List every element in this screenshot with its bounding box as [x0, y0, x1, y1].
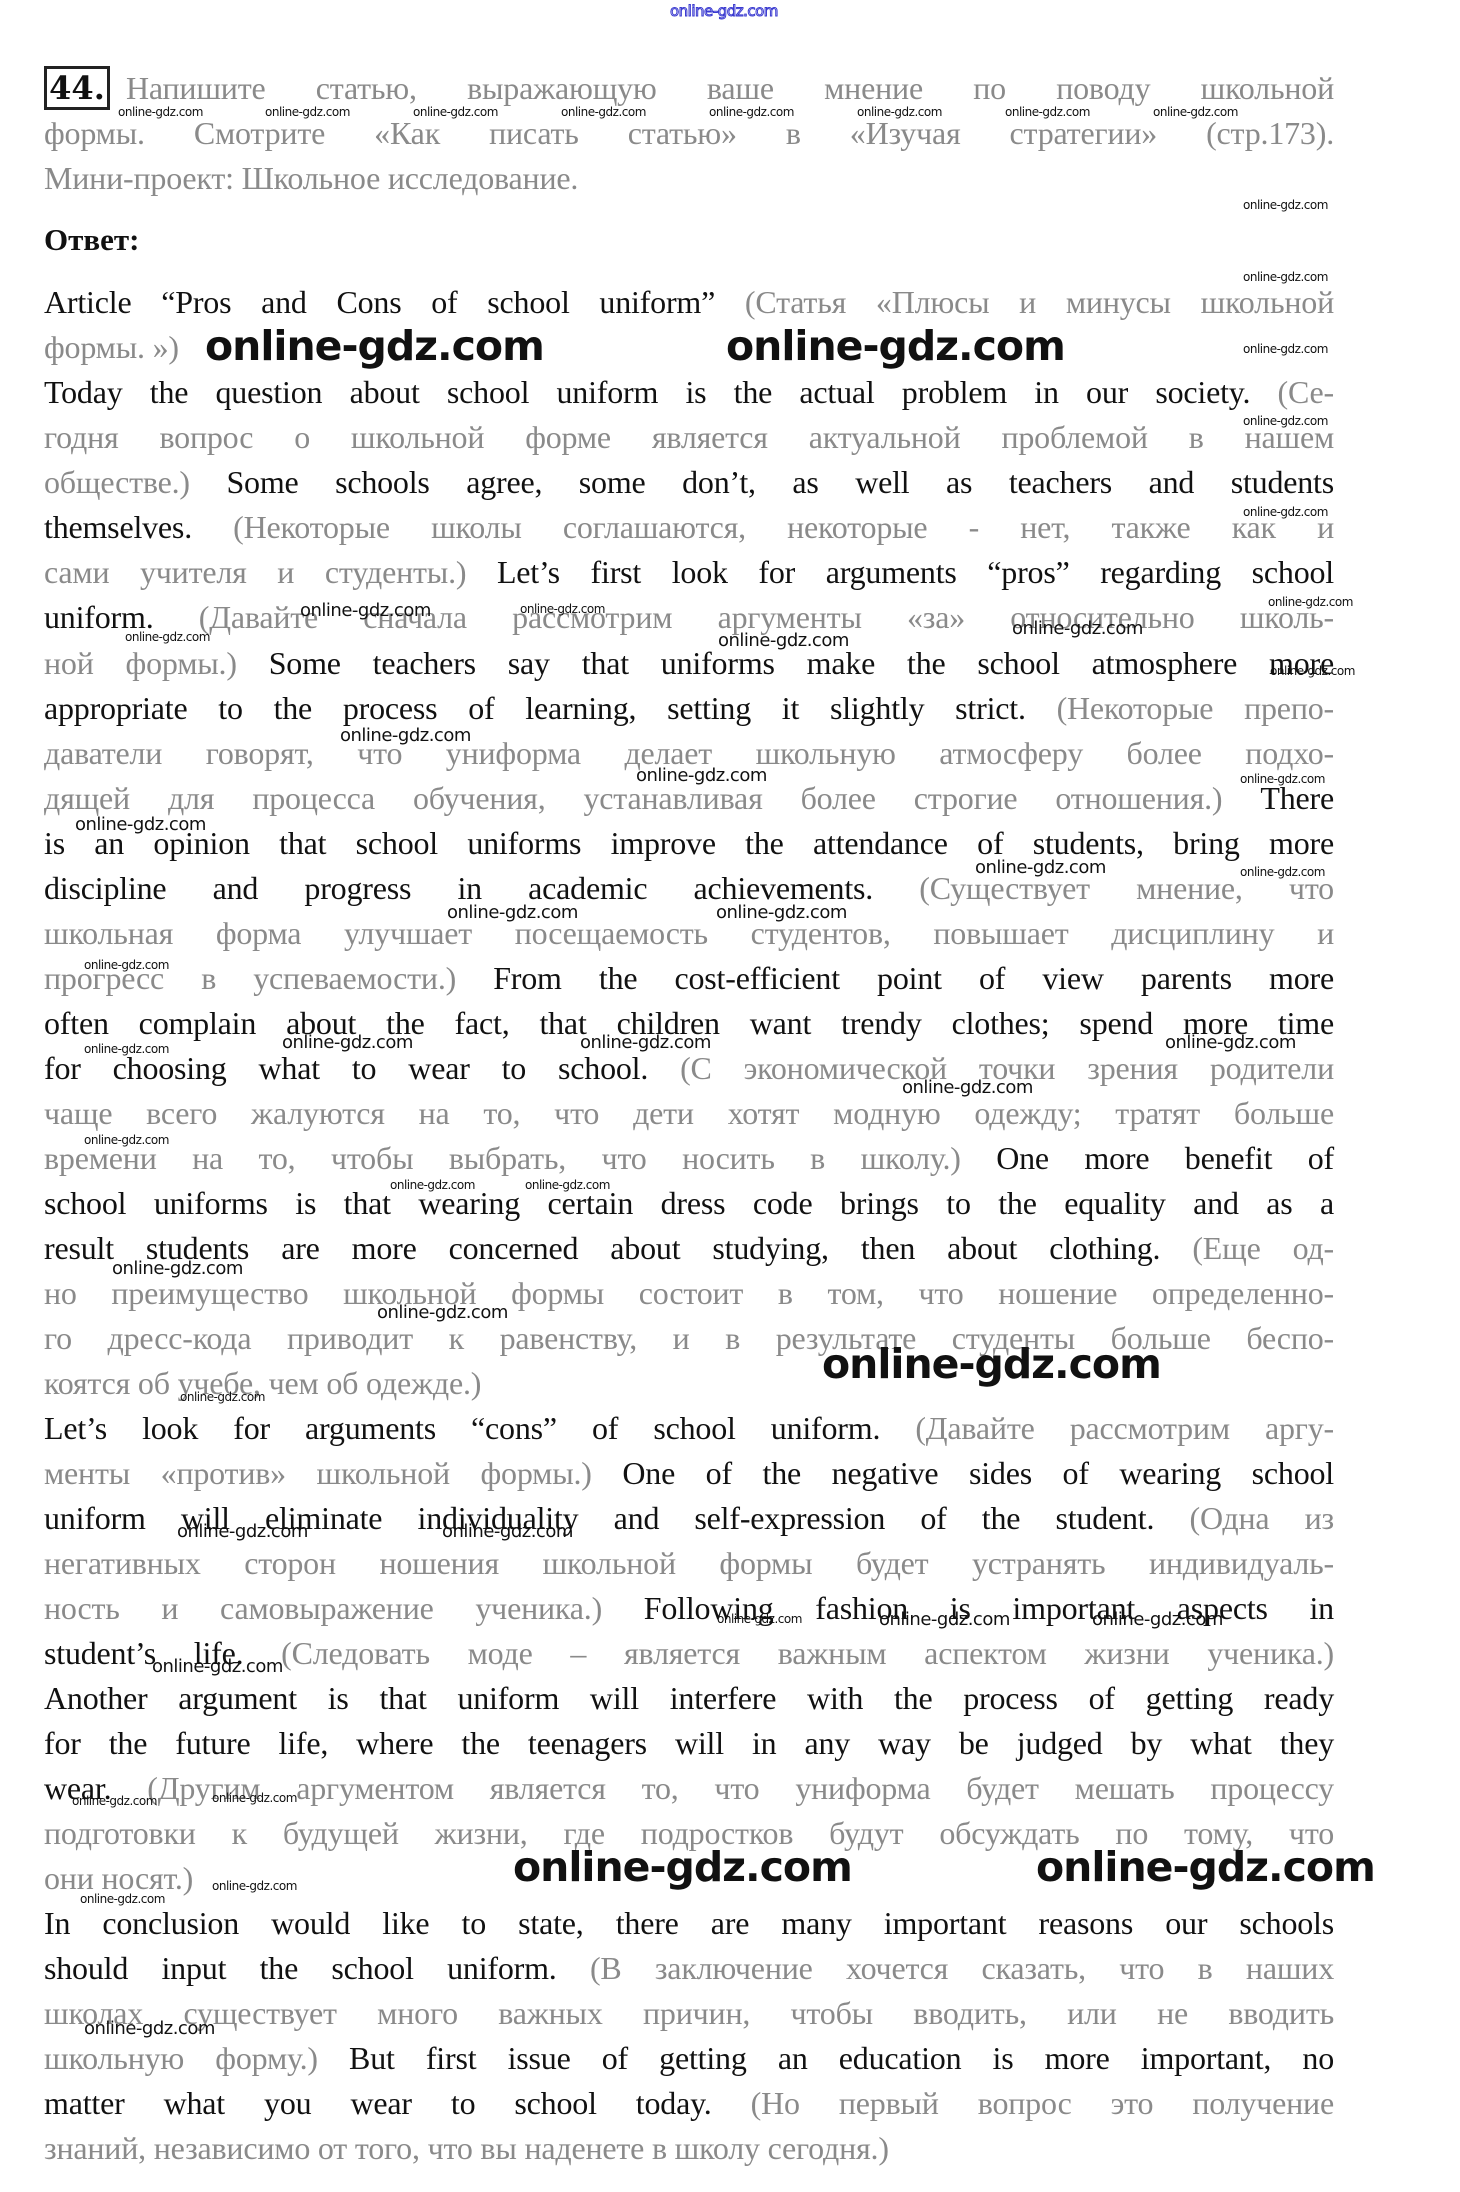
- watermark-text: online-gdz.com: [1243, 198, 1328, 212]
- watermark-text: online-gdz.com: [212, 1791, 297, 1805]
- watermark-text: online-gdz.com: [513, 1843, 852, 1891]
- russian-translation: годня вопрос о школьной форме является а…: [44, 419, 1334, 455]
- russian-translation: (В заключение хочется сказать, что в наш…: [590, 1950, 1334, 1986]
- english-text: themselves.: [44, 509, 233, 545]
- watermark-text: online-gdz.com: [716, 902, 847, 923]
- english-text: discipline and progress in academic achi…: [44, 870, 919, 906]
- text-line: менты «против» школьной формы.) One of t…: [44, 1451, 1334, 1495]
- watermark-text: online-gdz.com: [1005, 105, 1090, 119]
- text-line: обществе.) Some schools agree, some don’…: [44, 460, 1334, 504]
- watermark-text: online-gdz.com: [152, 1656, 283, 1677]
- watermark-text: online-gdz.com: [377, 1302, 508, 1323]
- english-text: for the future life, where the teenagers…: [44, 1725, 1334, 1761]
- watermark-text: online-gdz.com: [413, 105, 498, 119]
- english-text: One more benefit of: [996, 1140, 1334, 1176]
- russian-translation: (Некоторые препо-: [1057, 690, 1334, 726]
- english-text: From the cost-efficient point of view pa…: [493, 960, 1334, 996]
- watermark-text: online-gdz.com: [1243, 270, 1328, 284]
- russian-translation: они носят.): [44, 1860, 193, 1896]
- text-line: discipline and progress in academic achi…: [44, 866, 1334, 910]
- text-line: appropriate to the process of learning, …: [44, 686, 1334, 730]
- russian-translation: чаще всего жалуются на то, что дети хотя…: [44, 1095, 1334, 1131]
- text-line: In conclusion would like to state, there…: [44, 1901, 1334, 1945]
- watermark-text: online-gdz.com: [118, 105, 203, 119]
- text-line: Another argument is that uniform will in…: [44, 1676, 1334, 1720]
- english-text: school uniforms is that wearing certain …: [44, 1185, 1334, 1221]
- watermark-text: online-gdz.com: [709, 105, 794, 119]
- english-text: should input the school uniform.: [44, 1950, 590, 1986]
- text-line: школьная форма улучшает посещаемость сту…: [44, 911, 1334, 955]
- russian-translation: (Но первый вопрос это получение: [751, 2085, 1334, 2121]
- watermark-text: online-gdz.com: [1092, 1609, 1223, 1630]
- watermark-text: online-gdz.com: [84, 1133, 169, 1147]
- watermark-text: online-gdz.com: [879, 1609, 1010, 1630]
- text-line: Напишите статью, выражающую ваше мнение …: [126, 66, 1334, 110]
- watermark-text: online-gdz.com: [112, 1258, 243, 1279]
- english-text: Today the question about school uniform …: [44, 374, 1278, 410]
- watermark-text: online-gdz.com: [84, 1042, 169, 1056]
- text-line: чаще всего жалуются на то, что дети хотя…: [44, 1091, 1334, 1135]
- russian-translation: Напишите статью, выражающую ваше мнение …: [126, 70, 1334, 106]
- text-line: matter what you wear to school today. (Н…: [44, 2081, 1334, 2125]
- task-number-box: 44.: [44, 66, 110, 110]
- watermark-text: online-gdz.com: [125, 630, 210, 644]
- text-line: Let’s look for arguments “cons” of schoo…: [44, 1406, 1334, 1450]
- russian-translation: (Другим аргументом является то, что униф…: [147, 1770, 1334, 1806]
- text-line: Мини-проект: Школьное исследование.: [44, 156, 1334, 200]
- answer-heading: Ответ:: [44, 222, 139, 258]
- watermark-text: online-gdz.com: [1243, 414, 1328, 428]
- text-line: школах существует много важных причин, ч…: [44, 1991, 1334, 2035]
- text-line: ной формы.) Some teachers say that unifo…: [44, 641, 1334, 685]
- watermark-text: online-gdz.com: [282, 1032, 413, 1053]
- watermark-text: online-gdz.com: [75, 814, 206, 835]
- english-text: Let’s look for arguments “cons” of schoo…: [44, 1410, 915, 1446]
- watermark-text: online-gdz.com: [975, 857, 1106, 878]
- russian-translation: (Давайте рассмотрим аргу-: [915, 1410, 1334, 1446]
- watermark-text: online-gdz.com: [340, 725, 471, 746]
- watermark-text: online-gdz.com: [1153, 105, 1238, 119]
- text-line: школьную форму.) But first issue of gett…: [44, 2036, 1334, 2080]
- watermark-text: online-gdz.com: [205, 322, 544, 370]
- russian-translation: (Статья «Плюсы и минусы школьной: [745, 284, 1334, 320]
- text-line: годня вопрос о школьной форме является а…: [44, 415, 1334, 459]
- document-page: online-gdz.com 44. Напишите статью, выра…: [0, 0, 1460, 2192]
- russian-translation: (Некоторые школы соглашаются, некоторые …: [233, 509, 1334, 545]
- english-text: One of the negative sides of wearing sch…: [622, 1455, 1334, 1491]
- watermark-text: online-gdz.com: [561, 105, 646, 119]
- text-line: school uniforms is that wearing certain …: [44, 1181, 1334, 1225]
- watermark-text: online-gdz.com: [300, 600, 431, 621]
- watermark-text: online-gdz.com: [520, 602, 605, 616]
- text-line: themselves. (Некоторые школы соглашаются…: [44, 505, 1334, 549]
- english-text: But first issue of getting an education …: [349, 2040, 1334, 2076]
- watermark-text: online-gdz.com: [72, 1794, 157, 1808]
- text-line: Today the question about school uniform …: [44, 370, 1334, 414]
- text-line: формы. Смотрите «Как писать статью» в «И…: [44, 111, 1334, 155]
- russian-translation: знаний, независимо от того, что вы наден…: [44, 2130, 889, 2166]
- russian-translation: школах существует много важных причин, ч…: [44, 1995, 1334, 2031]
- english-text: Some schools agree, some don’t, as well …: [226, 464, 1334, 500]
- watermark-text: online-gdz.com: [84, 2018, 215, 2039]
- text-line: негативных сторон ношения школьной формы…: [44, 1541, 1334, 1585]
- watermark-text: online-gdz.com: [1240, 772, 1325, 786]
- russian-translation: менты «против» школьной формы.): [44, 1455, 622, 1491]
- russian-translation: ной формы.): [44, 645, 269, 681]
- text-line: should input the school uniform. (В закл…: [44, 1946, 1334, 1990]
- watermark-text: online-gdz.com: [442, 1521, 573, 1542]
- watermark-text: online-gdz.com: [1243, 505, 1328, 519]
- russian-translation: времени на то, чтобы выбрать, что носить…: [44, 1140, 996, 1176]
- text-line: времени на то, чтобы выбрать, что носить…: [44, 1136, 1334, 1180]
- watermark-text: online-gdz.com: [212, 1879, 297, 1893]
- watermark-text: online-gdz.com: [1240, 865, 1325, 879]
- watermark-text: online-gdz.com: [525, 1178, 610, 1192]
- text-line: прогресс в успеваемости.) From the cost-…: [44, 956, 1334, 1000]
- watermark-text: online-gdz.com: [390, 1178, 475, 1192]
- russian-translation: но преимущество школьной формы состоит в…: [44, 1275, 1334, 1311]
- text-line: знаний, независимо от того, что вы наден…: [44, 2126, 1334, 2170]
- watermark-text: online-gdz.com: [265, 105, 350, 119]
- watermark-text: online-gdz.com: [902, 1077, 1033, 1098]
- watermark-text: online-gdz.com: [1270, 664, 1355, 678]
- watermark-text: online-gdz.com: [636, 765, 767, 786]
- russian-translation: обществе.): [44, 464, 226, 500]
- russian-translation: сами учителя и студенты.): [44, 554, 497, 590]
- text-line: сами учителя и студенты.) Let’s first lo…: [44, 550, 1334, 594]
- watermark-text: online-gdz.com: [580, 1032, 711, 1053]
- watermark-text: online-gdz.com: [80, 1892, 165, 1906]
- english-text: appropriate to the process of learning, …: [44, 690, 1057, 726]
- watermark-text: online-gdz.com: [177, 1521, 308, 1542]
- russian-translation: (Еще од-: [1192, 1230, 1334, 1266]
- russian-translation: Мини-проект: Школьное исследование.: [44, 160, 578, 196]
- watermark-text: online-gdz.com: [726, 322, 1065, 370]
- russian-translation: (Следовать моде – является важным аспект…: [281, 1635, 1334, 1671]
- russian-translation: формы. »): [44, 329, 179, 365]
- watermark-text: online-gdz.com: [84, 958, 169, 972]
- russian-translation: ность и самовыражение ученика.): [44, 1590, 644, 1626]
- russian-translation: негативных сторон ношения школьной формы…: [44, 1545, 1334, 1581]
- english-text: Let’s first look for arguments “pros” re…: [497, 554, 1334, 590]
- watermark-text: online-gdz.com: [1036, 1843, 1375, 1891]
- watermark-text: online-gdz.com: [180, 1390, 265, 1404]
- russian-translation: школьная форма улучшает посещаемость сту…: [44, 915, 1334, 951]
- watermark-text: online-gdz.com: [717, 1612, 802, 1626]
- watermark-text: online-gdz.com: [1268, 595, 1353, 609]
- english-text: is an opinion that school uniforms impro…: [44, 825, 1334, 861]
- english-text: In conclusion would like to state, there…: [44, 1905, 1334, 1941]
- text-line: Article “Pros and Cons of school uniform…: [44, 280, 1334, 324]
- text-line: is an opinion that school uniforms impro…: [44, 821, 1334, 865]
- watermark-text: online-gdz.com: [822, 1340, 1161, 1388]
- english-text: matter what you wear to school today.: [44, 2085, 751, 2121]
- watermark-text: online-gdz.com: [447, 902, 578, 923]
- russian-translation: школьную форму.): [44, 2040, 349, 2076]
- russian-translation: (Се-: [1278, 374, 1334, 410]
- english-text: Another argument is that uniform will in…: [44, 1680, 1334, 1716]
- english-text: Article “Pros and Cons of school uniform…: [44, 284, 745, 320]
- watermark-text: online-gdz.com: [718, 630, 849, 651]
- watermark-text: online-gdz.com: [1243, 342, 1328, 356]
- russian-translation: формы. Смотрите «Как писать статью» в «И…: [44, 115, 1334, 151]
- watermark-text: online-gdz.com: [1012, 618, 1143, 639]
- header-watermark: online-gdz.com: [670, 2, 778, 20]
- russian-translation: (Одна из: [1189, 1500, 1334, 1536]
- watermark-text: online-gdz.com: [1165, 1032, 1296, 1053]
- text-line: for the future life, where the teenagers…: [44, 1721, 1334, 1765]
- watermark-text: online-gdz.com: [857, 105, 942, 119]
